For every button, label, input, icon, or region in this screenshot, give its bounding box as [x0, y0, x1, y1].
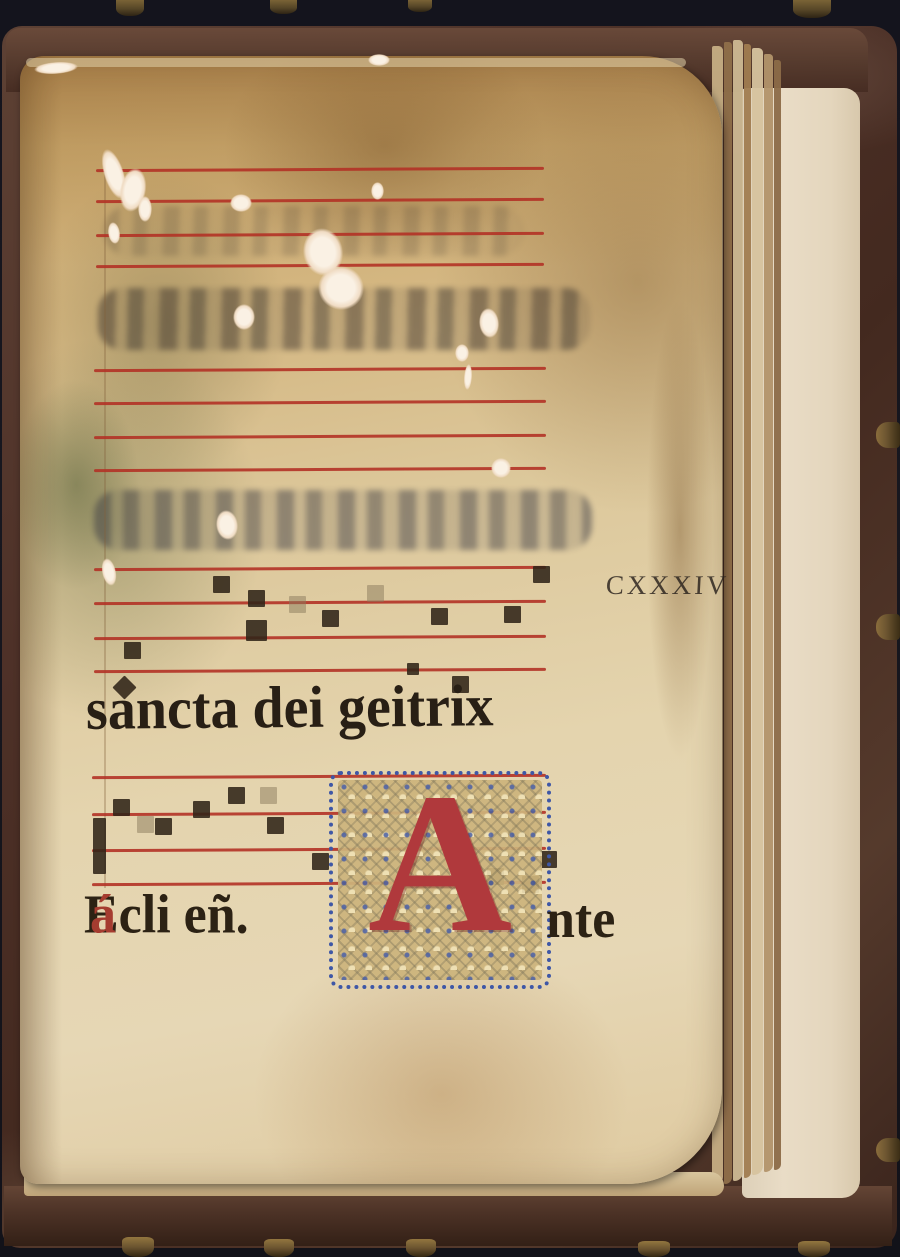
neume	[228, 787, 245, 804]
damage-spot	[230, 194, 252, 212]
neume	[93, 818, 106, 874]
brass-stud-right	[876, 614, 900, 640]
neume	[193, 801, 210, 818]
page-edge-leaf	[774, 60, 781, 1170]
brass-foot	[406, 1239, 436, 1257]
rubric-letter: á	[90, 884, 116, 946]
brass-foot	[638, 1241, 670, 1257]
brass-stud-top	[408, 0, 432, 12]
neume	[312, 853, 329, 870]
manuscript-photograph: CXXXIV sancta dei geitrix Ecli eñ.á A nt…	[0, 0, 900, 1257]
brass-stud-top	[116, 0, 144, 16]
neume	[124, 642, 141, 659]
erased-text-line-2	[94, 490, 592, 550]
damage-spot	[138, 196, 152, 222]
neume	[322, 610, 339, 627]
neume	[267, 817, 284, 834]
damage-spot	[371, 182, 384, 200]
neume	[431, 608, 448, 625]
chant-text-line: sancta dei geitrix	[86, 672, 494, 743]
neume	[533, 566, 550, 583]
brass-stud-top	[270, 0, 297, 14]
brass-stud-right	[876, 422, 900, 448]
illuminated-initial: A	[336, 778, 544, 982]
brass-foot	[264, 1239, 294, 1257]
neume	[260, 787, 277, 804]
brass-foot	[122, 1237, 154, 1257]
neume	[289, 596, 306, 613]
damage-spot	[233, 304, 255, 330]
neume	[137, 816, 154, 833]
initial-letter-A: A	[336, 762, 544, 966]
page-edge-leaf	[744, 44, 751, 1178]
page-top-edge	[26, 58, 686, 67]
page-edge-leaf	[733, 40, 743, 1181]
folio-number: CXXXIV	[605, 570, 730, 601]
brass-stud-top	[793, 0, 831, 18]
neume	[248, 590, 265, 607]
neume	[113, 799, 130, 816]
neume	[155, 818, 172, 835]
damage-spot	[491, 458, 511, 478]
brass-stud-right	[876, 1138, 900, 1162]
damage-spot	[455, 344, 469, 362]
neume	[213, 576, 230, 593]
neume	[246, 620, 267, 641]
page-edge-leaf	[764, 54, 773, 1172]
page-edge-leaf	[724, 42, 732, 1184]
page-edge-leaf	[752, 48, 763, 1175]
neume	[504, 606, 521, 623]
neume	[367, 585, 384, 602]
text-after-initial: nte	[546, 889, 615, 951]
damage-spot	[368, 54, 390, 66]
brass-foot	[798, 1241, 830, 1257]
